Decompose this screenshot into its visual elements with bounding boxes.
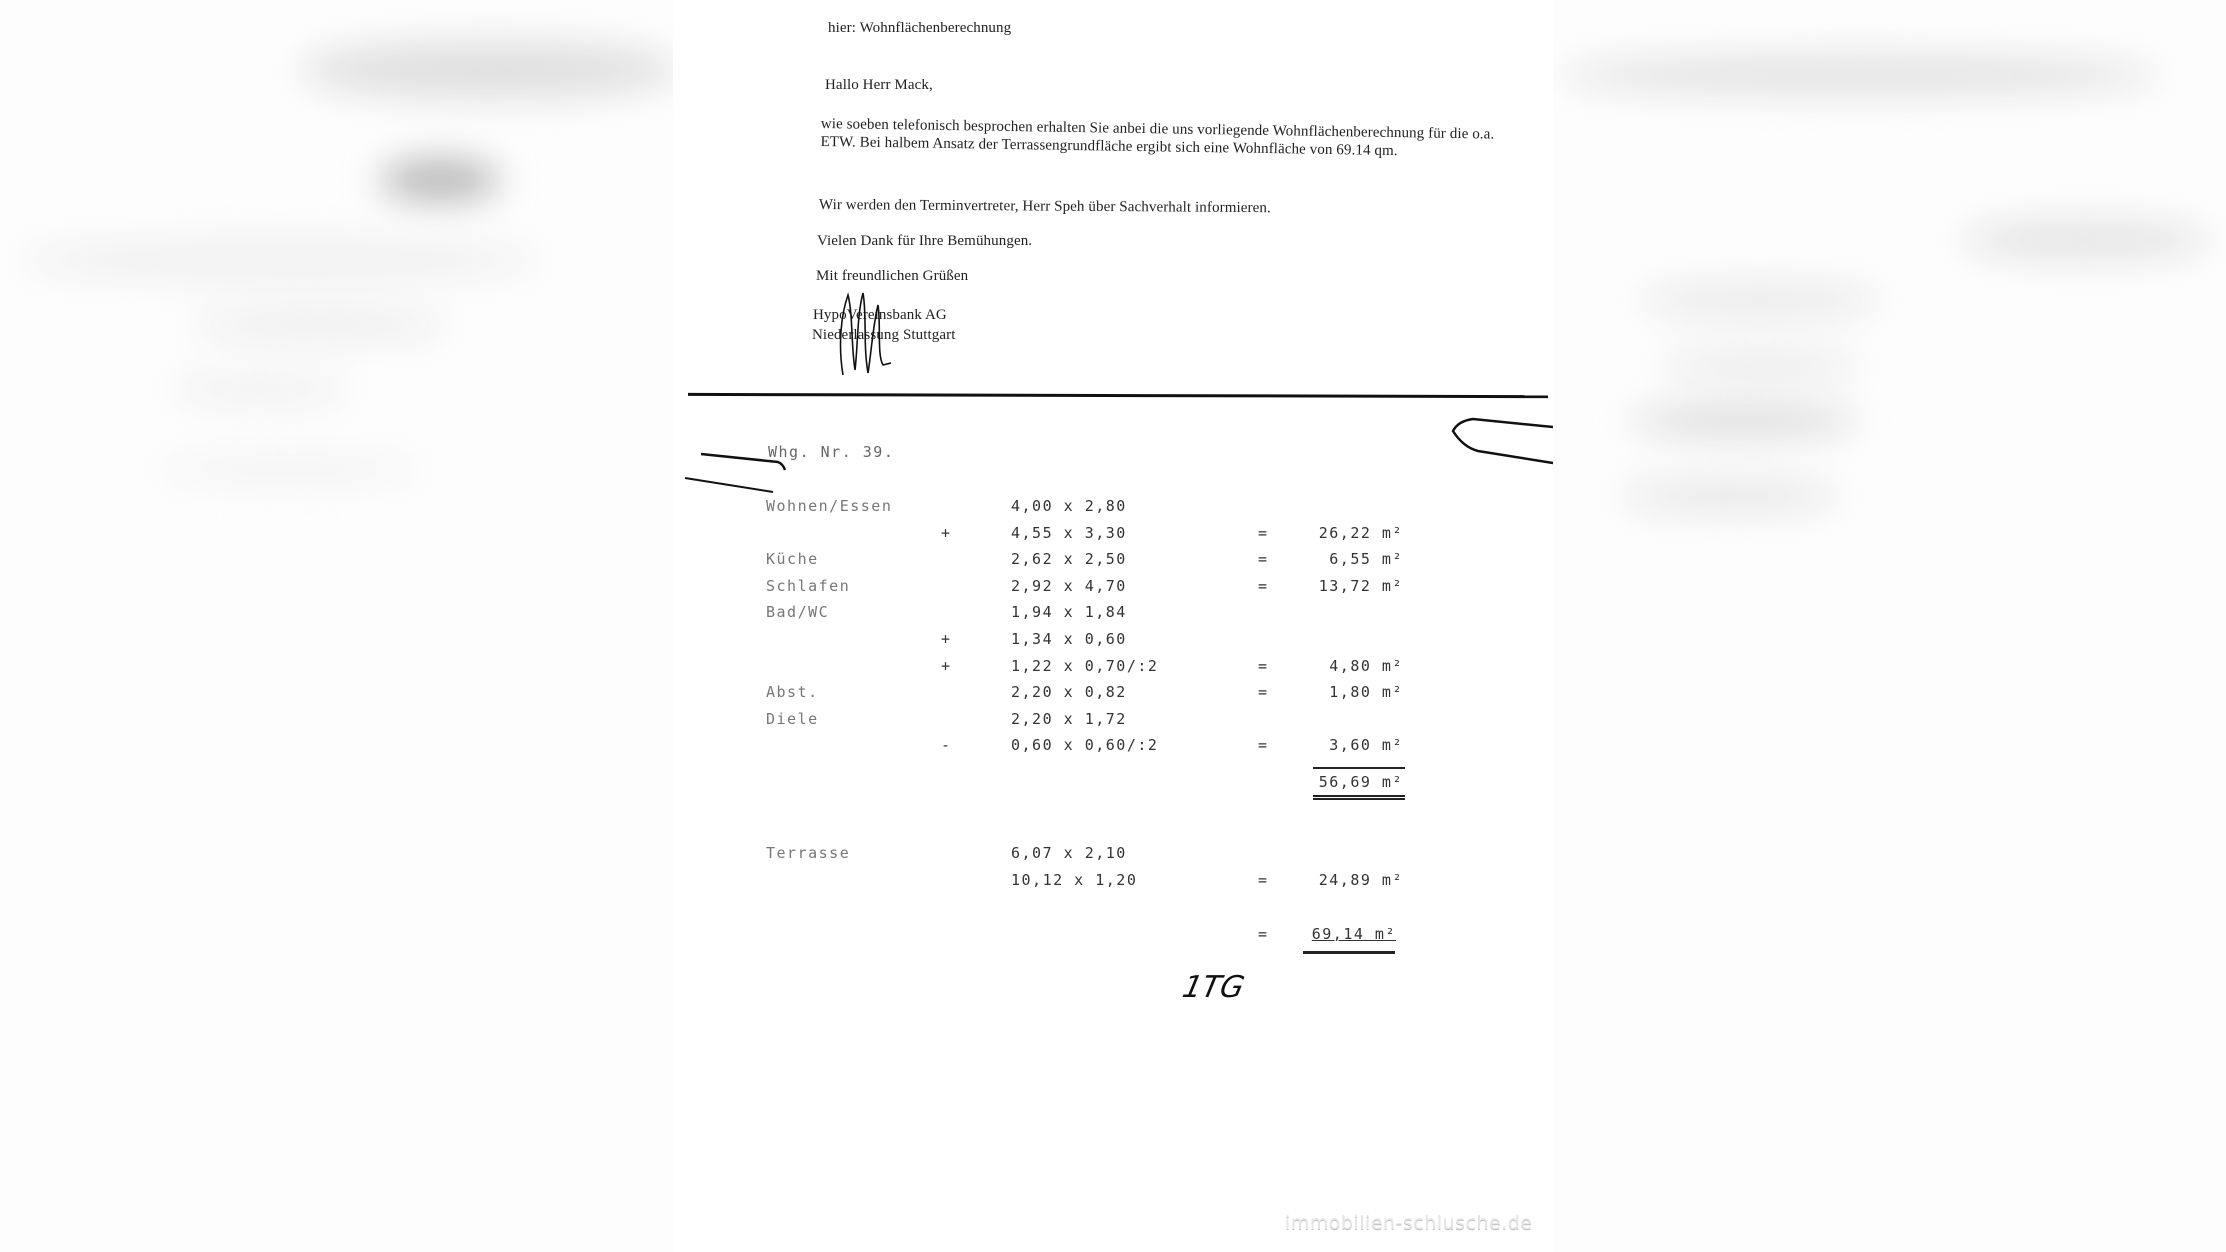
handwritten-note: 1TG — [1179, 970, 1247, 1005]
letter-greeting: Hallo Herr Mack, — [825, 77, 933, 94]
letter-closing: Mit freundlichen Grüßen — [816, 268, 968, 285]
letter-paragraph: wie soeben telefonisch besprochen erhalt… — [820, 115, 1500, 162]
equals-sign: = — [1258, 736, 1269, 754]
dimensions: 2,62 x 2,50 — [1011, 550, 1127, 568]
scanned-document: hier: Wohnflächenberechnung Hallo Herr M… — [673, 0, 1553, 1252]
operator: + — [941, 524, 952, 542]
letter-subject: hier: Wohnflächenberechnung — [828, 20, 1011, 37]
dimensions: 2,92 x 4,70 — [1011, 577, 1127, 595]
total-value: 69,14 m² — [1312, 925, 1396, 943]
signature-icon — [833, 285, 893, 385]
room-name: Schlafen — [766, 577, 850, 595]
dimensions: 2,20 x 0,82 — [1011, 683, 1127, 701]
equals-sign: = — [1258, 871, 1269, 889]
dimensions: 4,55 x 3,30 — [1011, 524, 1127, 542]
area-value: 26,22 m² — [1319, 524, 1403, 542]
dimensions: 4,00 x 2,80 — [1011, 497, 1127, 515]
double-underline — [1303, 951, 1395, 954]
unit-label: Whg. Nr. 39. — [768, 443, 894, 461]
clip-mark-right-icon — [1433, 415, 1553, 475]
area-value: 6,55 m² — [1329, 550, 1403, 568]
room-name: Terrasse — [766, 844, 850, 862]
operator: - — [941, 736, 952, 754]
room-name: Diele — [766, 710, 819, 728]
equals-sign: = — [1258, 657, 1269, 675]
dimensions: 2,20 x 1,72 — [1011, 710, 1127, 728]
sum-line — [1313, 767, 1405, 769]
equals-sign: = — [1258, 524, 1269, 542]
dimensions: 1,22 x 0,70/:2 — [1011, 657, 1158, 675]
dimensions: 1,34 x 0,60 — [1011, 630, 1127, 648]
operator: + — [941, 657, 952, 675]
watermark: immobilien-schlusche.de — [1285, 1212, 1532, 1234]
section-divider — [688, 393, 1548, 398]
room-name: Abst. — [766, 683, 819, 701]
area-value: 24,89 m² — [1319, 871, 1403, 889]
double-underline — [1313, 798, 1405, 800]
equals-sign: = — [1258, 577, 1269, 595]
area-value: 3,60 m² — [1329, 736, 1403, 754]
equals-sign: = — [1258, 683, 1269, 701]
area-value: 4,80 m² — [1329, 657, 1403, 675]
area-value: 1,80 m² — [1329, 683, 1403, 701]
room-name: Küche — [766, 550, 819, 568]
dimensions: 0,60 x 0,60/:2 — [1011, 736, 1158, 754]
equals-sign: = — [1258, 550, 1269, 568]
double-underline — [1313, 795, 1405, 797]
letter-info: Wir werden den Terminvertreter, Herr Spe… — [819, 197, 1271, 217]
area-value: 13,72 m² — [1319, 577, 1403, 595]
dimensions: 10,12 x 1,20 — [1011, 871, 1137, 889]
operator: + — [941, 630, 952, 648]
dimensions: 1,94 x 1,84 — [1011, 603, 1127, 621]
subtotal-value: 56,69 m² — [1319, 773, 1403, 791]
equals-sign: = — [1258, 925, 1269, 943]
room-name: Bad/WC — [766, 603, 829, 621]
room-name: Wohnen/Essen — [766, 497, 892, 515]
letter-thanks: Vielen Dank für Ihre Bemühungen. — [817, 233, 1032, 250]
dimensions: 6,07 x 2,10 — [1011, 844, 1127, 862]
